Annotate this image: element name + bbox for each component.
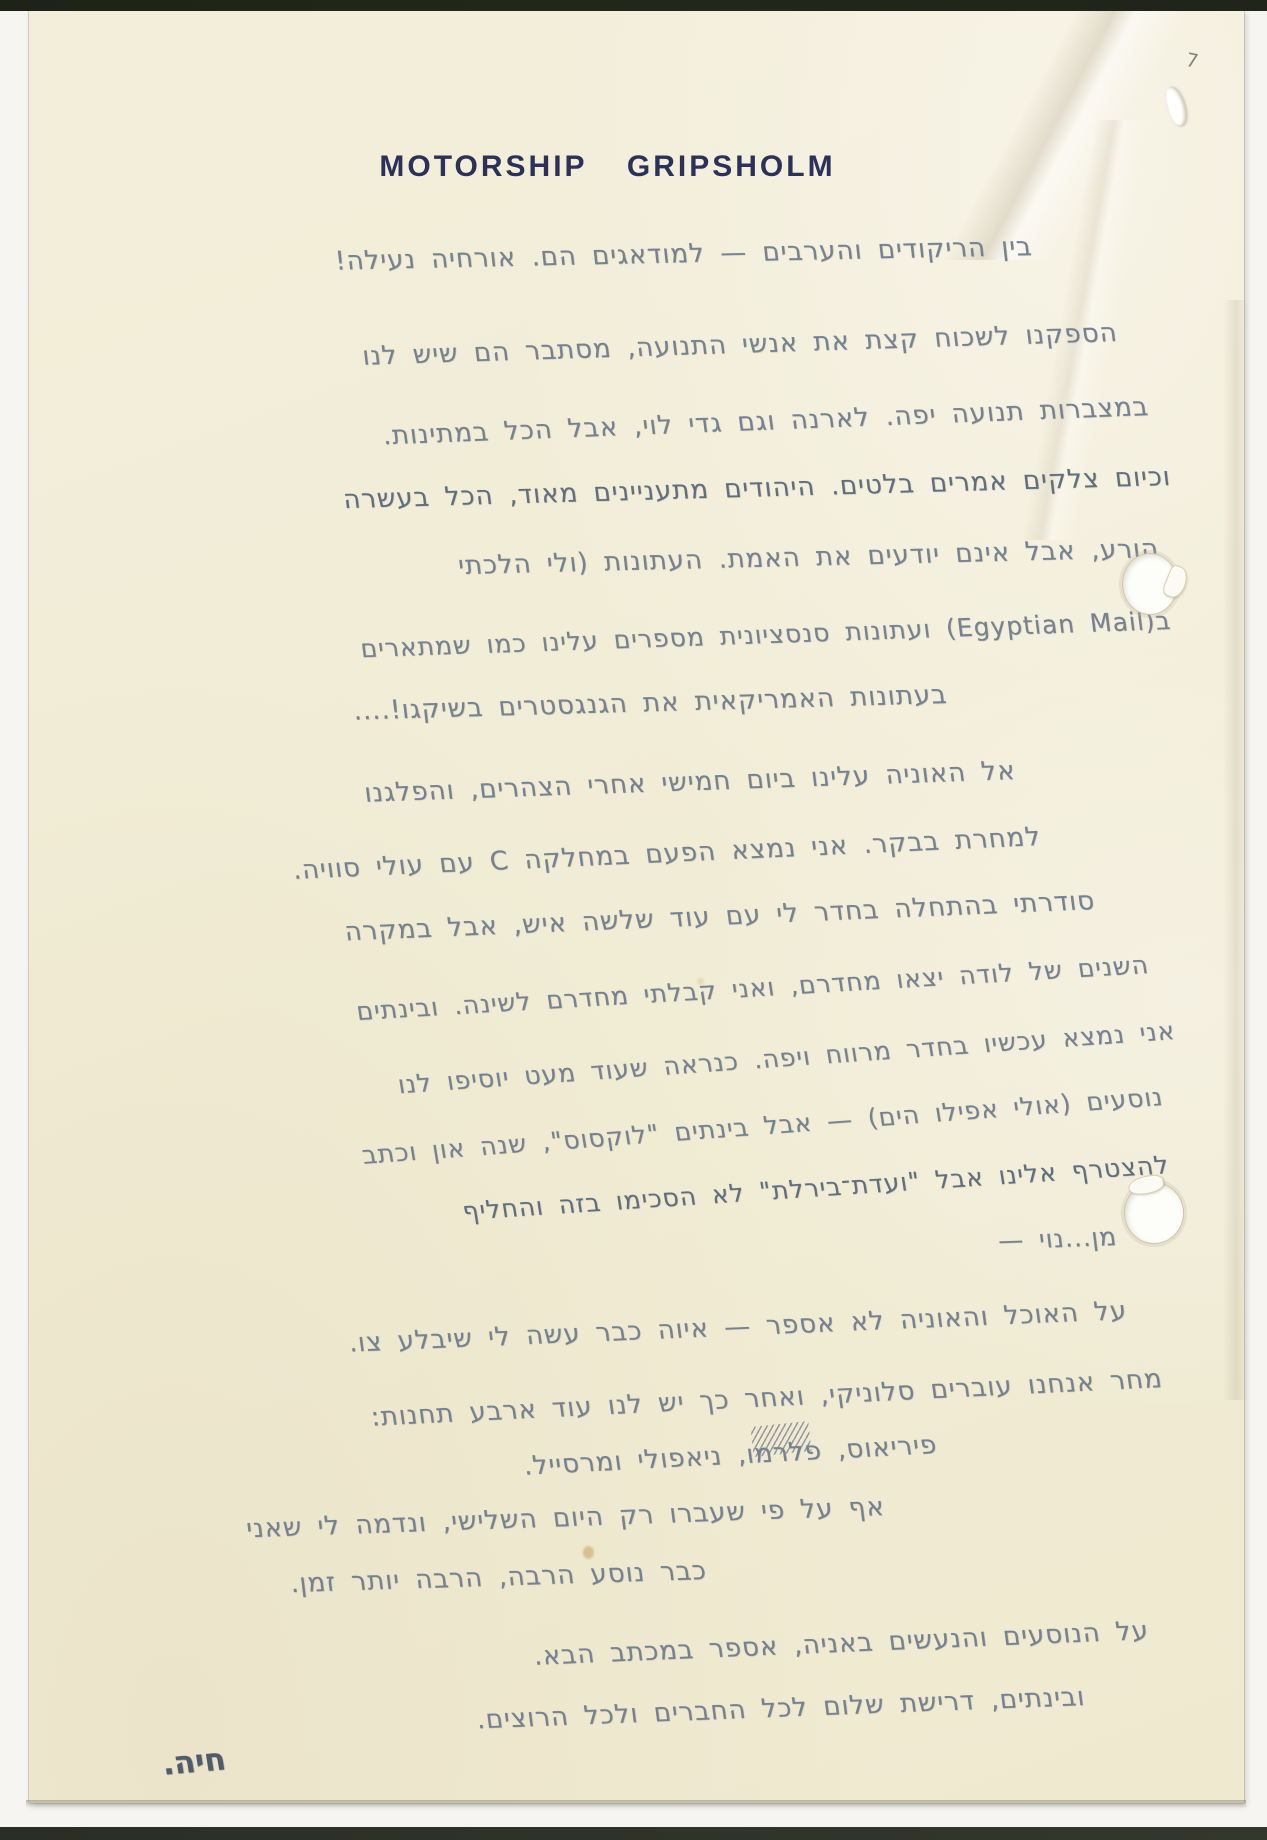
strikeout-scribble bbox=[751, 1421, 812, 1457]
signature: חיה. bbox=[159, 1741, 228, 1782]
paper-bottom-shadow bbox=[26, 1800, 1246, 1808]
scanned-letter-page: MOTORSHIP GRIPSHOLM בין הריקודים והערבים… bbox=[0, 0, 1267, 1840]
letterhead-word-motorship: MOTORSHIP bbox=[379, 150, 587, 183]
letterhead: MOTORSHIP GRIPSHOLM bbox=[0, 150, 1215, 184]
scan-top-band bbox=[0, 0, 1267, 11]
handwritten-line: מן...נוי — bbox=[996, 1222, 1118, 1255]
letterhead-word-gripsholm: GRIPSHOLM bbox=[627, 150, 836, 183]
scan-bottom-band bbox=[0, 1827, 1267, 1840]
